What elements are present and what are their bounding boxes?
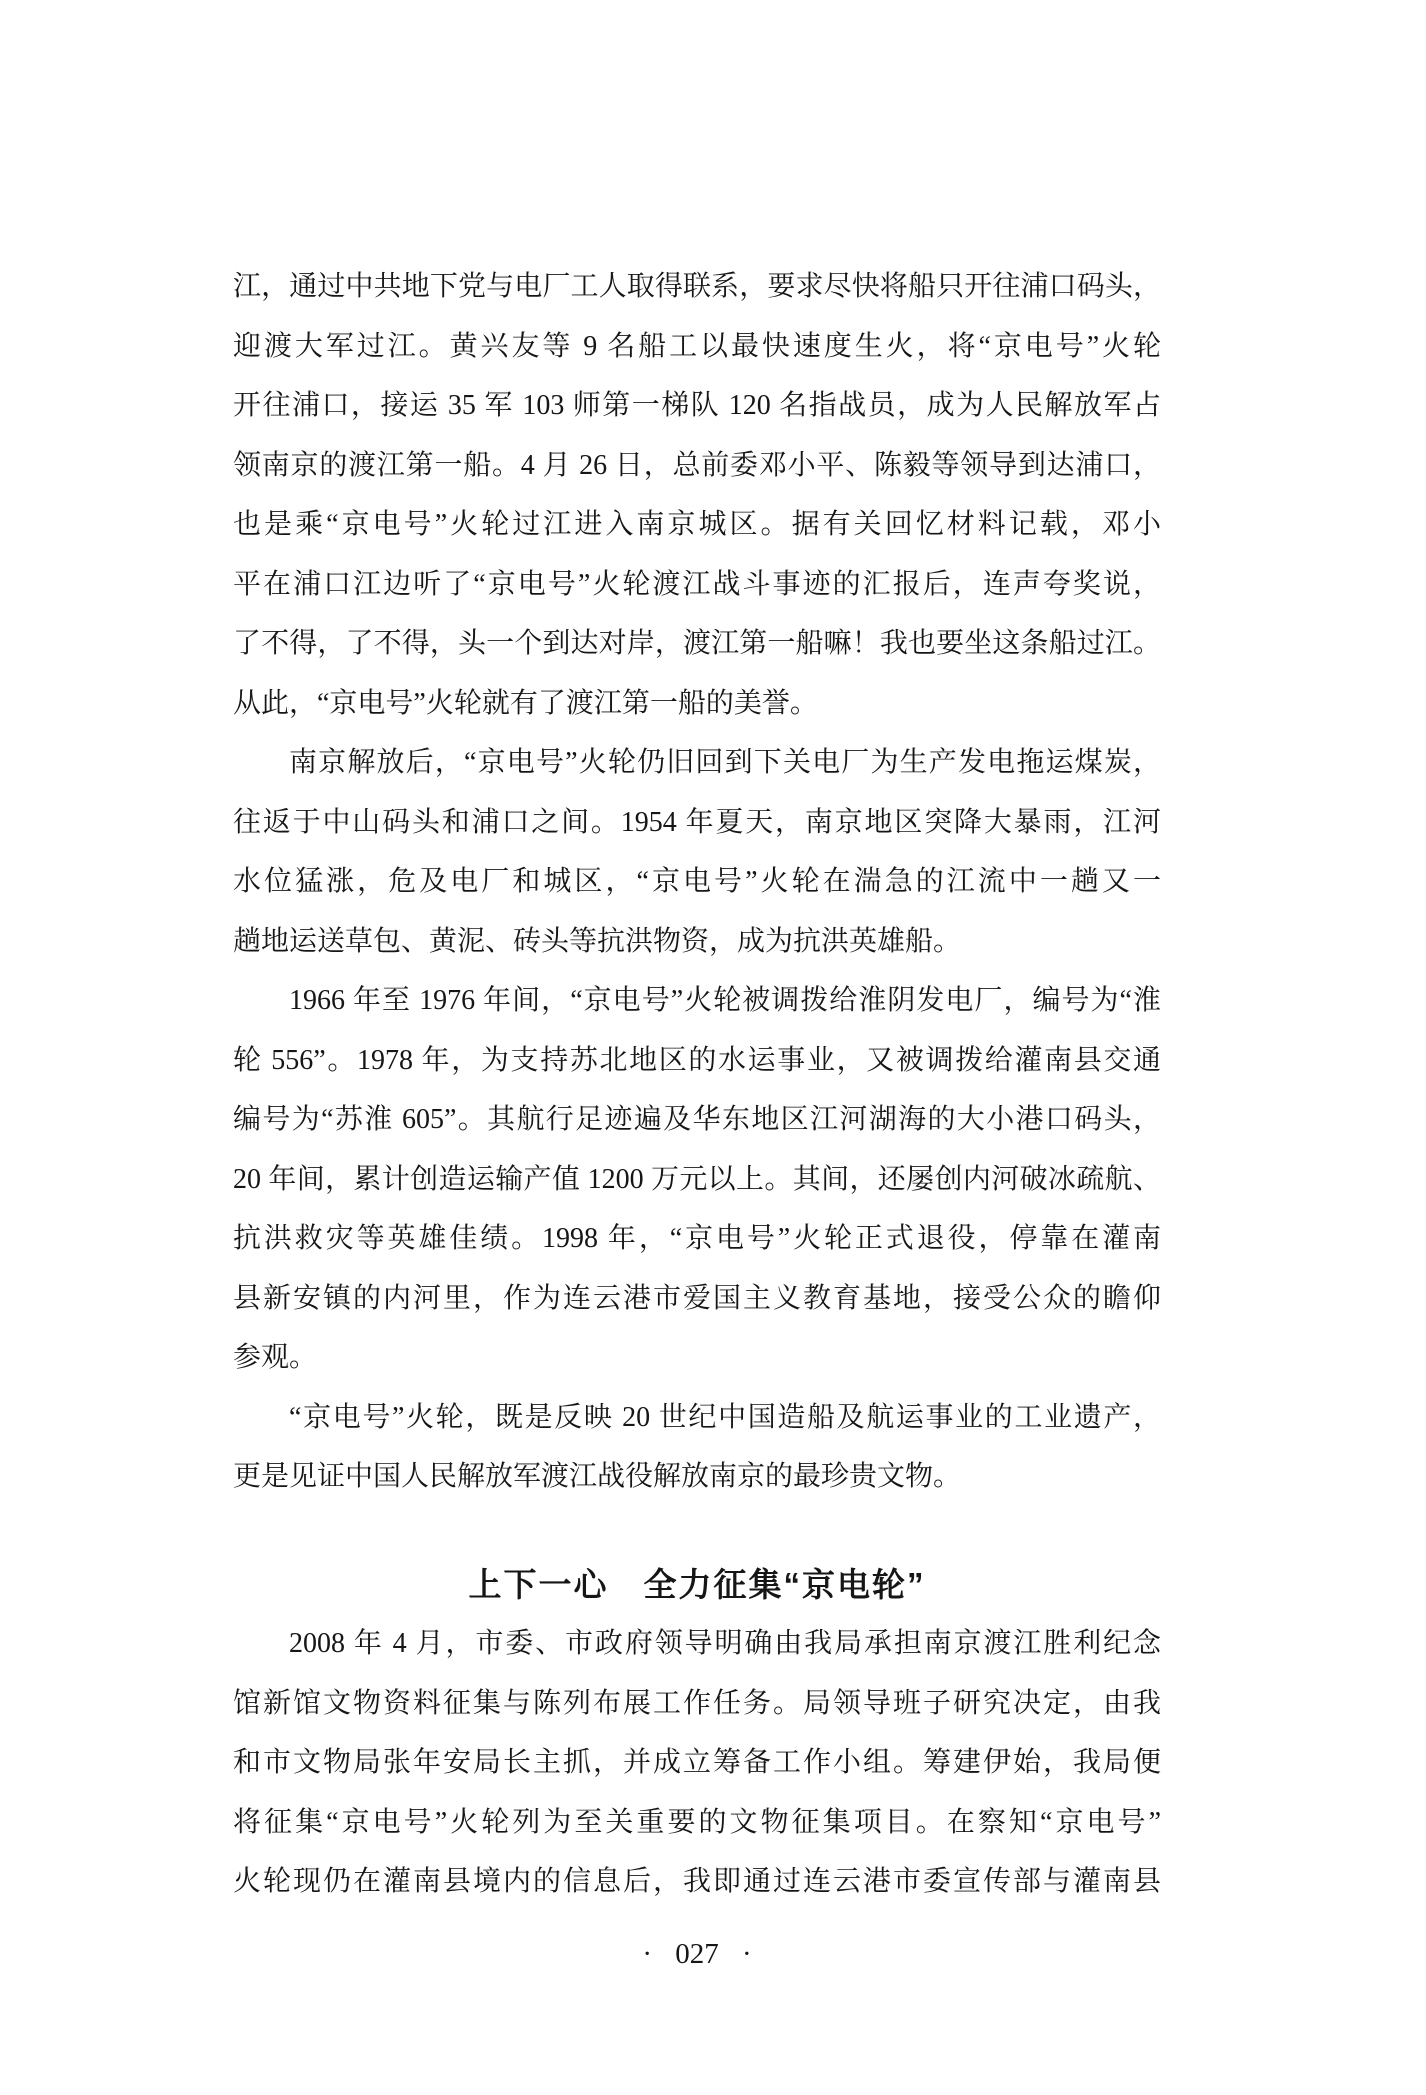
text-line: 2008 年 4 月，市委、市政府领导明确由我局承担南京渡江胜利纪念 bbox=[233, 1614, 1161, 1674]
text-line: “京电号”火轮，既是反映 20 世纪中国造船及航运事业的工业遗产， bbox=[233, 1388, 1161, 1448]
text-line: 也是乘“京电号”火轮过江进入南京城区。据有关回忆材料记载，邓小 bbox=[233, 495, 1161, 555]
text-line: 1966 年至 1976 年间，“京电号”火轮被调拨给淮阴发电厂，编号为“淮 bbox=[233, 971, 1161, 1031]
text-line: 编号为“苏淮 605”。其航行足迹遍及华东地区江河湖海的大小港口码头， bbox=[233, 1090, 1161, 1150]
text-line: 县新安镇的内河里，作为连云港市爱国主义教育基地，接受公众的瞻仰 bbox=[233, 1269, 1161, 1329]
paragraph: 2008 年 4 月，市委、市政府领导明确由我局承担南京渡江胜利纪念馆新馆文物资… bbox=[233, 1614, 1161, 1912]
text-line: 和市文物局张年安局长主抓，并成立筹备工作小组。筹建伊始，我局便 bbox=[233, 1733, 1161, 1793]
text-line: 更是见证中国人民解放军渡江战役解放南京的最珍贵文物。 bbox=[233, 1447, 1161, 1507]
book-page: 江，通过中共地下党与电厂工人取得联系，要求尽快将船只开往浦口码头，迎渡大军过江。… bbox=[0, 0, 1426, 2095]
text-line: 将征集“京电号”火轮列为至关重要的文物征集项目。在察知“京电号” bbox=[233, 1793, 1161, 1853]
text-line: 抗洪救灾等英雄佳绩。1998 年，“京电号”火轮正式退役，停靠在灌南 bbox=[233, 1209, 1161, 1269]
text-line: 馆新馆文物资料征集与陈列布展工作任务。局领导班子研究决定，由我 bbox=[233, 1674, 1161, 1734]
text-line: 从此，“京电号”火轮就有了渡江第一船的美誉。 bbox=[233, 674, 1161, 734]
text-line: 了不得，了不得，头一个到达对岸，渡江第一船嘛！我也要坐这条船过江。 bbox=[233, 614, 1161, 674]
text-line: 轮 556”。1978 年，为支持苏北地区的水运事业，又被调拨给灌南县交通局， bbox=[233, 1031, 1161, 1091]
text-line: 水位猛涨，危及电厂和城区，“京电号”火轮在湍急的江流中一趟又一 bbox=[233, 852, 1161, 912]
text-line: 江，通过中共地下党与电厂工人取得联系，要求尽快将船只开往浦口码头， bbox=[233, 257, 1161, 317]
paragraph: “京电号”火轮，既是反映 20 世纪中国造船及航运事业的工业遗产，更是见证中国人… bbox=[233, 1388, 1161, 1507]
text-line: 参观。 bbox=[233, 1328, 1161, 1388]
text-line: 开往浦口，接运 35 军 103 师第一梯队 120 名指战员，成为人民解放军占 bbox=[233, 376, 1161, 436]
text-line: 南京解放后，“京电号”火轮仍旧回到下关电厂为生产发电拖运煤炭， bbox=[233, 733, 1161, 793]
text-line: 迎渡大军过江。黄兴友等 9 名船工以最快速度生火，将“京电号”火轮 bbox=[233, 317, 1161, 377]
page-number: · 027 · bbox=[642, 1938, 751, 1970]
text-line: 往返于中山码头和浦口之间。1954 年夏天，南京地区突降大暴雨，江河 bbox=[233, 793, 1161, 853]
text-line: 领南京的渡江第一船。4 月 26 日，总前委邓小平、陈毅等领导到达浦口， bbox=[233, 436, 1161, 496]
text-line: 20 年间，累计创造运输产值 1200 万元以上。其间，还屡创内河破冰疏航、 bbox=[233, 1150, 1161, 1210]
text-line: 平在浦口江边听了“京电号”火轮渡江战斗事迹的汇报后，连声夸奖说， bbox=[233, 555, 1161, 615]
text-block: 江，通过中共地下党与电厂工人取得联系，要求尽快将船只开往浦口码头，迎渡大军过江。… bbox=[233, 257, 1161, 1912]
paragraph: 南京解放后，“京电号”火轮仍旧回到下关电厂为生产发电拖运煤炭，往返于中山码头和浦… bbox=[233, 733, 1161, 971]
text-line: 趟地运送草包、黄泥、砖头等抗洪物资，成为抗洪英雄船。 bbox=[233, 912, 1161, 972]
section-heading: 上下一心 全力征集“京电轮” bbox=[233, 1555, 1161, 1615]
paragraph: 江，通过中共地下党与电厂工人取得联系，要求尽快将船只开往浦口码头，迎渡大军过江。… bbox=[233, 257, 1161, 733]
page-footer: · 027 · bbox=[233, 1938, 1161, 1971]
text-line: 火轮现仍在灌南县境内的信息后，我即通过连云港市委宣传部与灌南县 bbox=[233, 1852, 1161, 1912]
paragraph: 1966 年至 1976 年间，“京电号”火轮被调拨给淮阴发电厂，编号为“淮轮 … bbox=[233, 971, 1161, 1388]
